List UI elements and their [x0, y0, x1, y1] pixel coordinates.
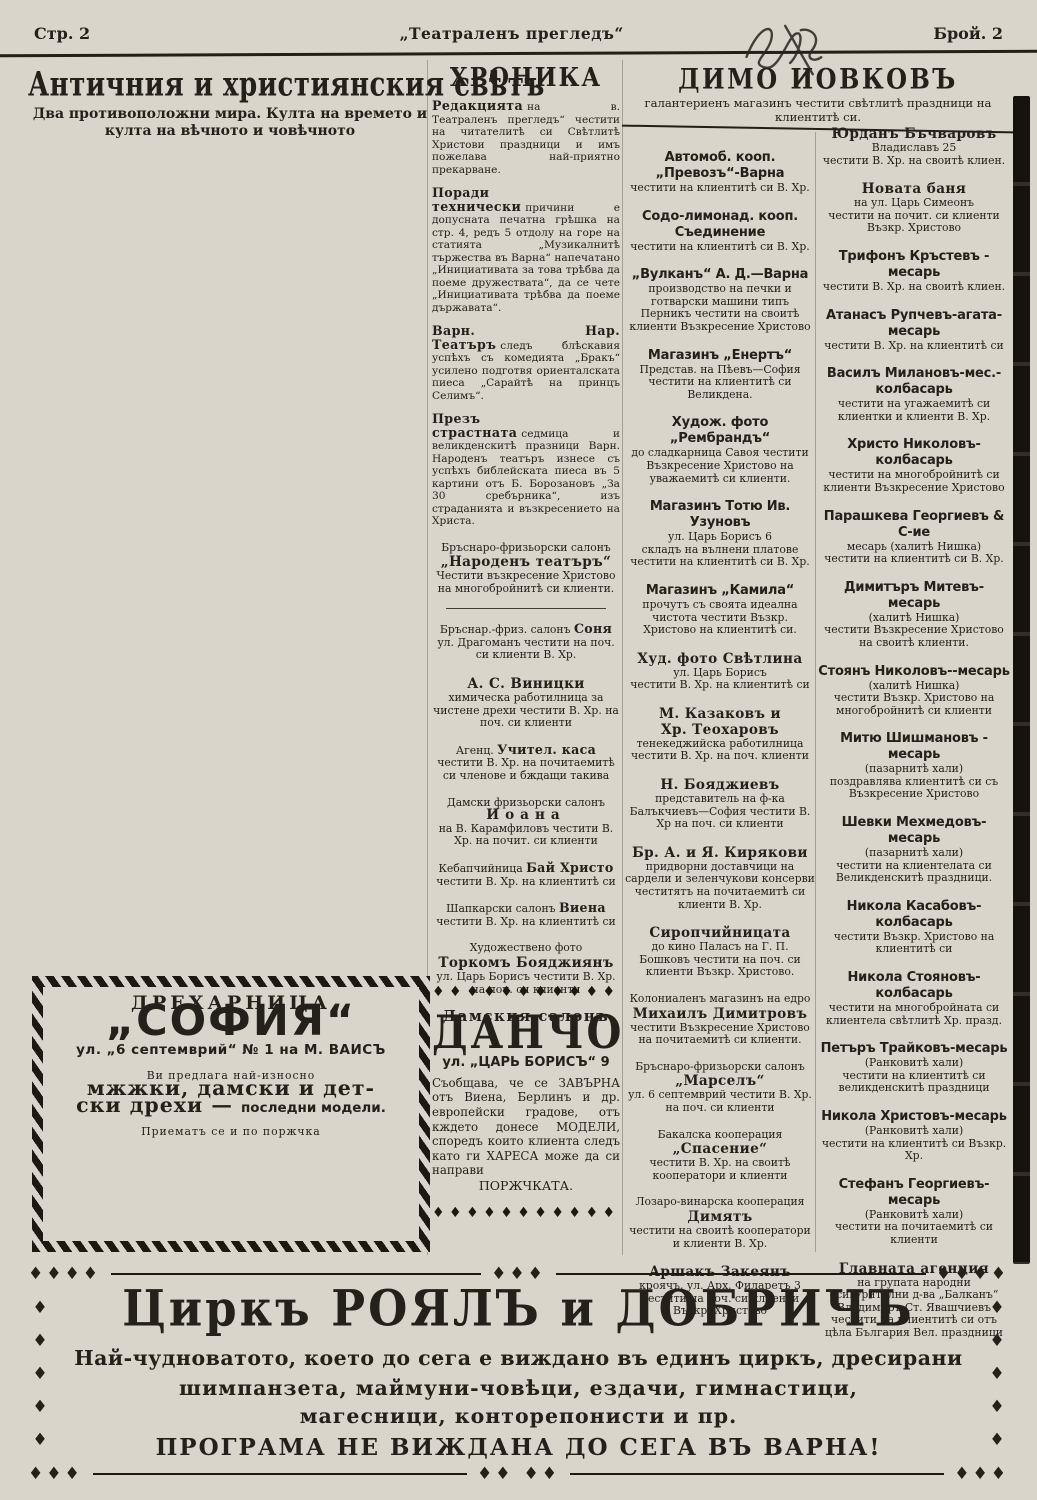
- ad-line: Бакалска кооперация: [625, 1129, 815, 1142]
- ad-line: Никола Стояновъ-колбасарь: [818, 970, 1010, 1002]
- ad-line: Художествено фото: [432, 942, 620, 955]
- ad-line: Лозаро-винарска кооперация: [625, 1196, 815, 1209]
- ad-line: честити на угажаемитѣ си клиентки и клие…: [818, 398, 1010, 423]
- ad-line: складъ на вълнени платове честити на кли…: [625, 544, 815, 569]
- ad-line: честити на клиентитѣ си В. Хр.: [818, 553, 1010, 566]
- circus-line-1: Най-чудноватото, което до сега е виждано…: [60, 1346, 977, 1370]
- ad-line: честити на клиентитѣ си В. Хр.: [625, 182, 815, 195]
- ad-line: прочутъ съ своята идеална чистота честит…: [625, 599, 815, 637]
- ad-line: честити В. Хр. на клиентитѣ си: [818, 340, 1010, 353]
- ad-line: честити Възкресение Христово на почитаем…: [625, 1022, 815, 1047]
- ad-line: честити В. Хр. на клиентитѣ си: [432, 916, 620, 929]
- ad-line: честити на многобройната си клиентела св…: [818, 1002, 1010, 1027]
- ad-line: Христо Николовъ-колбасарь: [818, 437, 1010, 469]
- ad-line: Шапкарски салонъ Виена: [432, 902, 620, 916]
- chronicle-ads: Бръснаро-фризьорски салонъ„Народенъ теат…: [432, 542, 620, 997]
- ad-line: Бръснаро-фризьорски салонъ: [432, 542, 620, 555]
- ad-line: до кино Паласъ на Г. П. Бошковъ честити …: [625, 941, 815, 979]
- dancho-ad-lines: Дамския салонъДАНЧОул. „ЦАРЬ БОРИСЪ“ 9Съ…: [432, 1010, 620, 1193]
- chronicle-item: Поради техническипричини е допусната печ…: [432, 187, 620, 314]
- ad-line: ул. „6 септемврий“ № 1 на М. ВАИСЪ: [49, 1044, 413, 1058]
- ad-line: Представ. на Пѣевъ—София честити на клие…: [625, 364, 815, 402]
- column-rule: [622, 60, 623, 1255]
- border-line: [111, 1273, 481, 1275]
- ads-column-4: Автомоб. кооп. „Превозъ“-Варначестити на…: [625, 136, 815, 1318]
- ad-line: Торкомъ Бояджиянъ: [432, 955, 620, 971]
- diamond-cluster: ♦♦♦: [954, 1464, 1009, 1484]
- ad-line: Бр. А. и Я. Кирякови: [625, 845, 815, 861]
- ad-line: честити В. Хр. на клиентитѣ си: [625, 679, 815, 692]
- circus-left-border: ♦♦♦♦♦: [30, 1292, 50, 1457]
- ad-line: Магазинъ Тотю Ив. Узуновъ: [625, 499, 815, 531]
- ad-line: Иоана: [432, 809, 620, 823]
- ad-line: Худ. фото Свѣтлина: [625, 651, 815, 667]
- ad-line: Н. Бояджиевъ: [625, 777, 815, 793]
- chronicle-title: ХРОНИКА: [432, 62, 620, 93]
- ad-line: Бръснар.-фриз. салонъ Соня: [432, 623, 620, 637]
- ad-line: Автомоб. кооп. „Превозъ“-Варна: [625, 150, 815, 182]
- ad-line: ДАНЧО: [432, 1027, 620, 1050]
- ad-line: Юрданъ Бъчваровъ: [818, 126, 1010, 142]
- yovkov-ad-title: ДИМО ИОВКОВЪ: [625, 62, 1011, 95]
- ad-line: честити Възкр. Христово на многобройнитѣ…: [818, 692, 1010, 717]
- page-number-label: Стр. 2: [34, 24, 90, 43]
- chronicle-item: Презъ страстнатаседмица и великденскитѣ …: [432, 413, 620, 528]
- ad-line: поздравлява клиентитѣ си съ Възкресение …: [818, 776, 1010, 801]
- ad-line: Честити възкресение Христово на многобро…: [432, 570, 620, 595]
- ad-line: Никола Христовъ-месарь: [818, 1109, 1010, 1125]
- ad-line: честити В. Хр. на своитѣ кооператори и к…: [625, 1157, 815, 1182]
- ad-line: честити на многобройнитѣ си клиенти Възк…: [818, 469, 1010, 494]
- circus-right-border: ♦♦♦♦♦: [987, 1292, 1007, 1457]
- ad-line: до сладкарница Савоя честити Възкресение…: [625, 447, 815, 485]
- chronicle-paragraphs: Редакциятана в. Театраленъ прегледъ“ чес…: [432, 100, 620, 528]
- dancho-salon-ad: ♦♦♦♦♦♦♦♦♦♦♦♦ Дамския салонъДАНЧОул. „ЦАР…: [432, 984, 620, 1221]
- ad-line: А. С. Виницки: [432, 676, 620, 692]
- ad-line: Съобщава, че се ЗАВЪРНА отъ Виена, Берли…: [432, 1076, 620, 1178]
- ad-line: честити на клиентитѣ си великденскитѣ пр…: [818, 1070, 1010, 1095]
- ad-line: Колониаленъ магазинъ на едро: [625, 993, 815, 1006]
- ad-line: Новата баня: [818, 181, 1010, 197]
- circus-bottom-border: ♦♦♦ ♦♦ ♦♦ ♦♦♦: [28, 1464, 1009, 1484]
- ad-line: придворни доставчици на сардели и зеленч…: [625, 861, 815, 911]
- masthead: Стр. 2 „Театраленъ прегледъ“ Брой. 2: [34, 24, 1003, 43]
- ad-line: представитель на ф-ка Балъкчиевъ—София ч…: [625, 793, 815, 831]
- ads-column-5: Юрданъ БъчваровъВладиславъ 25честити В. …: [818, 112, 1010, 1340]
- ad-line: честити на клиентелата си Великденскитѣ …: [818, 860, 1010, 885]
- ad-line: „СОФИЯ“: [49, 1015, 413, 1039]
- ad-line: честити Възкр. Христово на клиентитѣ си: [818, 931, 1010, 956]
- ad-line: Сиропчийницата: [625, 925, 815, 941]
- diamond-cluster: ♦♦: [477, 1464, 513, 1484]
- ad-line: честити на клиентитѣ си В. Хр.: [625, 241, 815, 254]
- ad-line: Митю Шишмановъ - месарь: [818, 731, 1010, 763]
- ad-line: тенекеджийска работилница честити В. Хр.…: [625, 738, 815, 763]
- ad-line: честити В. Хр. на почитаемитѣ си членове…: [432, 757, 620, 782]
- circus-line-3: магесници, конторепонисти и пр.: [60, 1404, 977, 1428]
- article-subtitle: Два противоположни мира. Култа на времет…: [30, 106, 430, 140]
- ad-line: честити В. Хр. на своитѣ клиен.: [818, 155, 1010, 168]
- newspaper-page: Стр. 2 „Театраленъ прегледъ“ Брой. 2 Ант…: [0, 0, 1037, 1500]
- column-rule: [815, 132, 816, 1252]
- ad-line: „Вулканъ“ А. Д.—Варна: [625, 267, 815, 283]
- ad-line: честити на клиентитѣ си Възкр. Хр.: [818, 1138, 1010, 1163]
- sofia-clothing-ad: ДРЕХАРНИЦА„СОФИЯ“ул. „6 септемврий“ № 1 …: [32, 976, 430, 1252]
- ad-line: Бръснаро-фризьорски салонъ: [625, 1061, 815, 1074]
- ad-line: Содо-лимонад. кооп. Съединение: [625, 209, 815, 241]
- border-line: [570, 1473, 944, 1475]
- ad-line: Худож. фото „Рембрандъ“: [625, 415, 815, 447]
- ad-line: химическа работилница за чистене дрехи ч…: [432, 692, 620, 730]
- issue-number-label: Брой. 2: [933, 24, 1003, 43]
- ad-line: Стефанъ Георгиевъ-месарь: [818, 1177, 1010, 1209]
- ad-line: честити В. Хр. на своитѣ клиен.: [818, 281, 1010, 294]
- ad-line: „Спасение“: [625, 1141, 815, 1157]
- circus-line-2: шимпанзета, маймуни-човѣци, ездачи, гимн…: [60, 1376, 977, 1400]
- ad-line: Стоянъ Николовъ--месарь: [818, 664, 1010, 680]
- chronicle-item: Варн. Нар. Театъръследъ блѣскавия успѣхъ…: [432, 325, 620, 402]
- ad-line: честити на почитаемитѣ си клиенти: [818, 1221, 1010, 1246]
- ad-line: ул. Драгоманъ честити на поч. си клиенти…: [432, 637, 620, 662]
- ad-line: честити Възкресение Христово на своитѣ к…: [818, 624, 1010, 649]
- ad-line: Шевки Мехмедовъ-месарь: [818, 815, 1010, 847]
- ad-line: Василъ Милановъ-мес.-колбасарь: [818, 366, 1010, 398]
- ad-line: „Марселъ“: [625, 1073, 815, 1089]
- diamond-border-row: ♦♦♦♦♦♦♦♦♦♦♦♦: [432, 984, 620, 1000]
- circus-title: Циркъ РОЯЛЪ и ДОБРИЧЪ: [70, 1279, 967, 1337]
- ad-line: честити В. Хр. на клиентитѣ си: [432, 876, 620, 889]
- ad-line: Приематъ се и по поржчка: [49, 1126, 413, 1139]
- ad-line: Трифонъ Кръстевъ - месарь: [818, 249, 1010, 281]
- ad-line: честити на своитѣ кооператори и клиенти …: [625, 1225, 815, 1250]
- ad-line: Атанасъ Рупчевъ-агата-месарь: [818, 308, 1010, 340]
- ad-line: Димитъръ Митевъ-месарь: [818, 580, 1010, 612]
- chronicle-column: Редакциятана в. Театраленъ прегледъ“ чес…: [432, 100, 620, 996]
- circus-line-4: ПРОГРАМА НЕ ВИЖДАНА ДО СЕГА ВЪ ВАРНА!: [60, 1434, 977, 1461]
- ad-line: Димятъ: [625, 1209, 815, 1225]
- ad-line: честити на почит. си клиенти Възкр. Хрис…: [818, 210, 1010, 235]
- diamond-cluster: ♦♦: [524, 1464, 560, 1484]
- paper-title: „Театраленъ прегледъ“: [400, 24, 624, 43]
- ad-line: производство на печки и готварски машини…: [625, 283, 815, 333]
- chronicle-item: Редакциятана в. Театраленъ прегледъ“ чес…: [432, 100, 620, 176]
- scan-edge-bar: [1013, 96, 1030, 1264]
- ad-line: Магазинъ „Камила“: [625, 583, 815, 599]
- ad-line: Хр. Теохаровъ: [625, 722, 815, 738]
- ad-line: Агенц. Учител. каса: [432, 744, 620, 758]
- ad-line: Никола Касабовъ-колбасарь: [818, 899, 1010, 931]
- ad-line: Михаилъ Димитровъ: [625, 1006, 815, 1022]
- ad-line: Парашкева Георгиевъ & С-ие: [818, 509, 1010, 541]
- diamond-border-row: ♦♦♦♦♦♦♦♦♦♦♦♦: [432, 1205, 620, 1221]
- ad-line: ски дрехи — последни модели.: [49, 1099, 413, 1116]
- ad-line: Магазинъ „Енертъ“: [625, 348, 815, 364]
- ad-line: Петъръ Трайковъ-месарь: [818, 1041, 1010, 1057]
- circus-royal-ad: ♦♦♦♦ ♦♦♦ ♦♦♦♦ ♦♦♦♦♦ ♦♦♦♦♦ Циркъ РОЯЛЪ и …: [0, 1258, 1037, 1500]
- border-line: [93, 1473, 467, 1475]
- ad-line: ПОРЖЧКАТА.: [432, 1180, 620, 1193]
- masthead-rule: [0, 50, 1037, 58]
- ad-line: М. Казаковъ и: [625, 706, 815, 722]
- ad-line: [446, 608, 606, 609]
- article-title: Античния и християнския свѣтъ: [28, 66, 432, 104]
- ad-line: Кебапчийница Бай Христо: [432, 862, 620, 876]
- ad-line: „Народенъ театъръ“: [432, 554, 620, 570]
- diamond-cluster: ♦♦♦: [28, 1464, 83, 1484]
- border-line: [556, 1273, 926, 1275]
- ad-line: на В. Карамфиловъ честити В. Хр. на почи…: [432, 823, 620, 848]
- ad-line: ул. 6 септемврий честити В. Хр. на поч. …: [625, 1089, 815, 1114]
